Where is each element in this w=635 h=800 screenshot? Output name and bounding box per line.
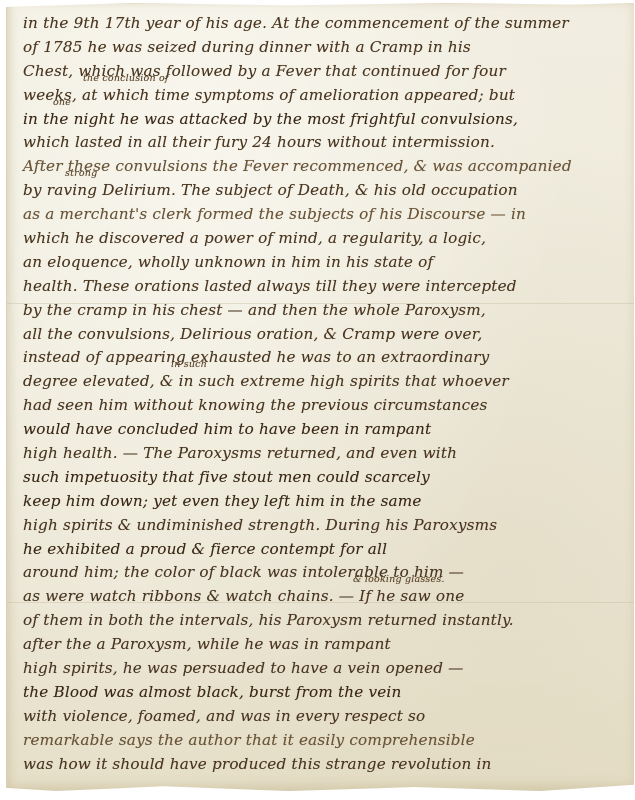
interlinear-insertion: strong bbox=[65, 169, 97, 179]
manuscript-line: the Blood was almost black, burst from t… bbox=[23, 681, 635, 705]
manuscript-line: high spirits, he was persuaded to have a… bbox=[23, 657, 635, 681]
manuscript-line: by the cramp in his chest — and then the… bbox=[23, 299, 635, 323]
manuscript-line: with violence, foamed, and was in every … bbox=[23, 705, 635, 729]
manuscript-line: of them in both the intervals, his Parox… bbox=[23, 609, 635, 633]
interlinear-insertion: the conclusion of bbox=[83, 74, 169, 84]
interlinear-insertion: & looking glasses. bbox=[353, 575, 445, 585]
manuscript-line: as a merchant's clerk formed the subject… bbox=[23, 203, 635, 227]
manuscript-line: in such degree elevated, & in such extre… bbox=[23, 370, 635, 394]
manuscript-line: which lasted in all their fury 24 hours … bbox=[23, 131, 635, 155]
manuscript-line: health. These orations lasted always til… bbox=[23, 275, 635, 299]
manuscript-line: of 1785 he was seized during dinner with… bbox=[23, 36, 635, 60]
manuscript-page: in the 9th 17th year of his age. At the … bbox=[6, 3, 634, 791]
manuscript-line: was how it should have produced this str… bbox=[23, 753, 635, 777]
manuscript-line: remarkable says the author that it easil… bbox=[23, 729, 635, 753]
interlinear-insertion: one bbox=[53, 98, 71, 108]
manuscript-line: would have concluded him to have been in… bbox=[23, 418, 635, 442]
manuscript-line: in the 9th 17th year of his age. At the … bbox=[23, 12, 635, 36]
manuscript-line: & looking glasses. as were watch ribbons… bbox=[23, 585, 635, 609]
manuscript-line: instead of appearing exhausted he was to… bbox=[23, 346, 635, 370]
manuscript-line: strong by raving Delirium. The subject o… bbox=[23, 179, 635, 203]
manuscript-line: high health. — The Paroxysms returned, a… bbox=[23, 442, 635, 466]
manuscript-line: which he discovered a power of mind, a r… bbox=[23, 227, 635, 251]
manuscript-line: an eloquence, wholly unknown in him in h… bbox=[23, 251, 635, 275]
manuscript-line: all the convulsions, Delirious oration, … bbox=[23, 323, 635, 347]
manuscript-line: such impetuosity that five stout men cou… bbox=[23, 466, 635, 490]
manuscript-line: around him; the color of black was intol… bbox=[23, 561, 635, 585]
manuscript-line: the conclusion of weeks, at which time s… bbox=[23, 84, 635, 108]
manuscript-line: one in the night he was attacked by the … bbox=[23, 108, 635, 132]
manuscript-line: had seen him without knowing the previou… bbox=[23, 394, 635, 418]
interlinear-insertion: in such bbox=[171, 360, 207, 370]
manuscript-line: after the a Paroxysm, while he was in ra… bbox=[23, 633, 635, 657]
manuscript-line: After these convulsions the Fever recomm… bbox=[23, 155, 635, 179]
manuscript-line: keep him down; yet even they left him in… bbox=[23, 490, 635, 514]
manuscript-line: he exhibited a proud & fierce contempt f… bbox=[23, 538, 635, 562]
manuscript-line: high spirits & undiminished strength. Du… bbox=[23, 514, 635, 538]
manuscript-text: in the 9th 17th year of his age. At the … bbox=[23, 12, 635, 777]
